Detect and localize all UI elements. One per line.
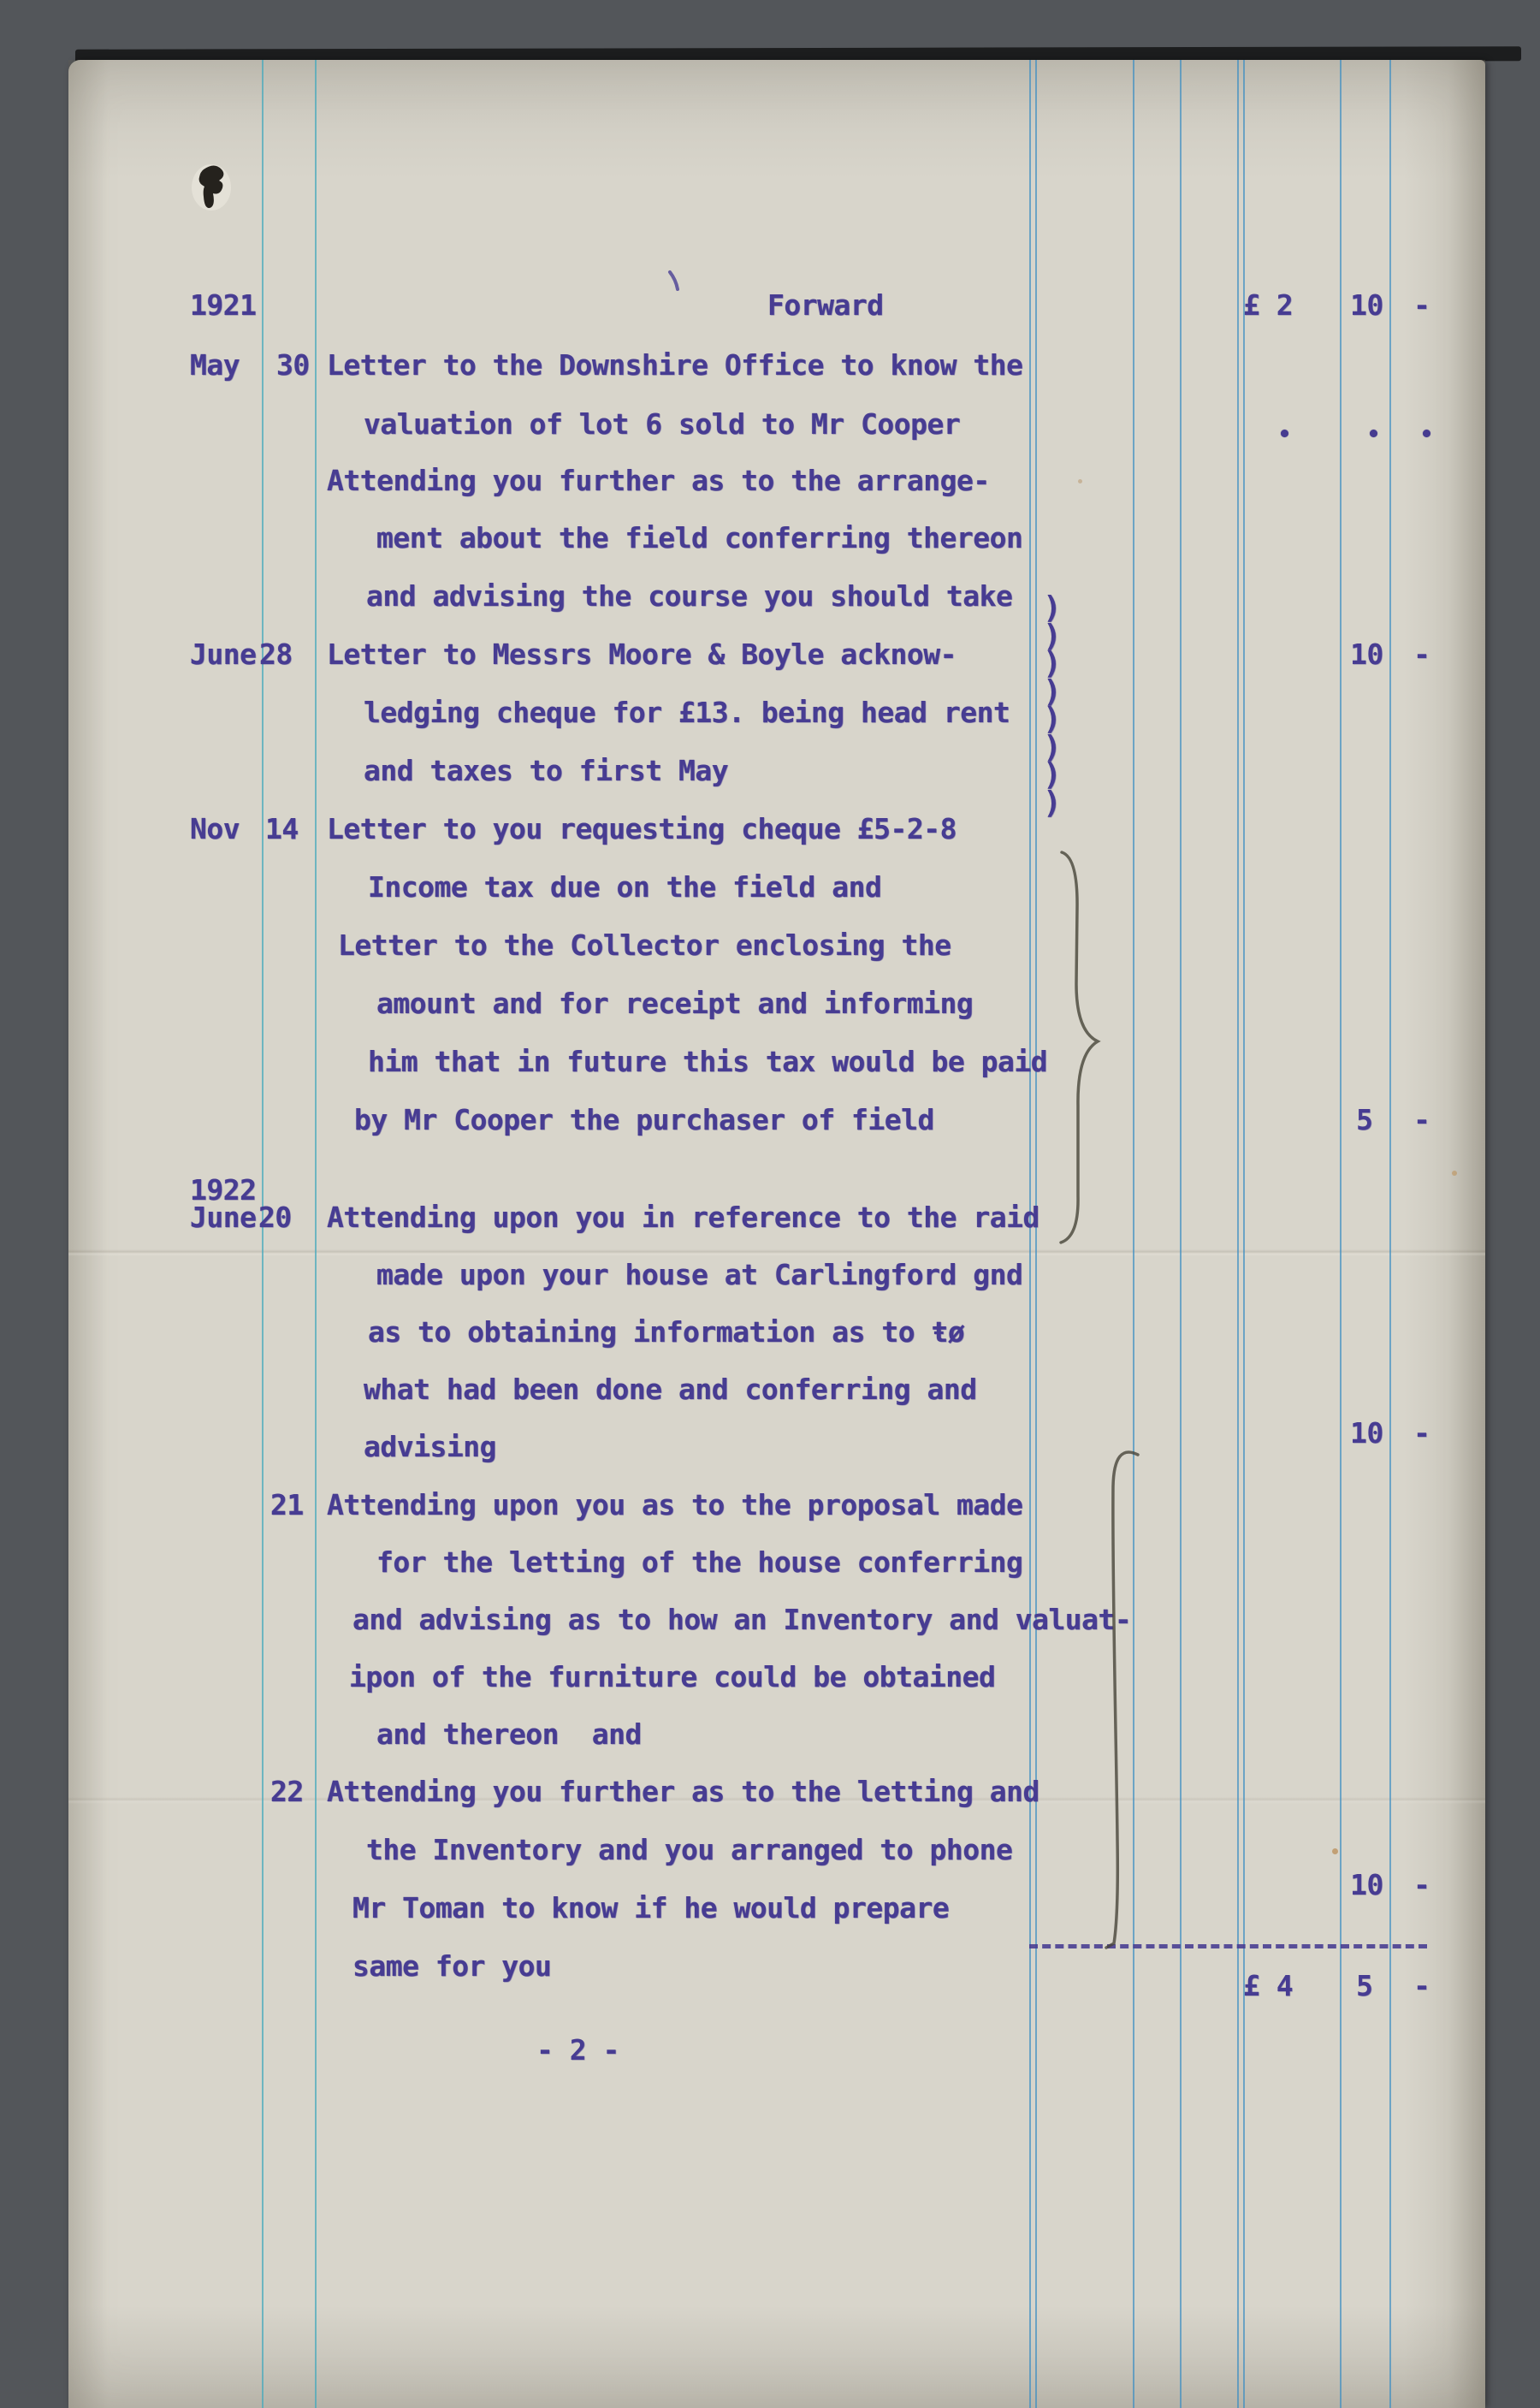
date-month: May: [190, 351, 240, 379]
entry-amounts-amount-shillings: 10: [1350, 640, 1383, 668]
entry-text: what had been done and conferring and: [364, 1375, 977, 1403]
entry-text: and advising the course you should take: [366, 582, 1012, 610]
foxing-spot: [1332, 1848, 1338, 1854]
typed-dashed-rule: [1029, 1944, 1427, 1948]
entry-text: ipon of the furniture could be obtained: [349, 1663, 995, 1691]
entry-text: made upon your house at Carlingford gnd: [376, 1260, 1022, 1289]
ruled-line: [1243, 60, 1245, 2408]
entry-text: for the letting of the house conferring: [376, 1548, 1022, 1576]
forward-label: Forward: [767, 291, 884, 319]
foxing-spot: [1452, 1171, 1457, 1176]
ruled-line: [1180, 60, 1182, 2408]
ledger-dot: [1423, 430, 1430, 437]
page-number: - 2 -: [536, 2033, 619, 2067]
date-month: June: [190, 640, 256, 668]
entry-text: Income tax due on the field and: [368, 873, 881, 901]
total-amounts-amount-shillings: 5: [1356, 1972, 1372, 2000]
entry-text: Attending you further as to the letting …: [327, 1777, 1039, 1806]
date-month: June: [190, 1203, 256, 1231]
date-day: 30: [276, 351, 310, 379]
forward-amounts-amount-pounds: £ 2: [1243, 291, 1293, 319]
entry-text: the Inventory and you arranged to phone: [366, 1836, 1012, 1864]
paper-shading: [68, 60, 1485, 180]
entry-text: and advising as to how an Inventory and …: [352, 1605, 1131, 1634]
forward-amounts-amount-pence: -: [1413, 291, 1430, 319]
paper-crease: [68, 1249, 1485, 1256]
paper-shading-left: [68, 60, 108, 2408]
typed-bracket: ): [1043, 788, 1062, 819]
entry-amounts-amount-pence: -: [1413, 640, 1430, 668]
entry-text: Letter to Messrs Moore & Boyle acknow-: [327, 640, 957, 668]
date-month: Nov: [190, 815, 240, 843]
date-day: 14: [265, 815, 299, 843]
entry-text: Attending upon you in reference to the r…: [327, 1203, 1039, 1231]
entry-amounts-amount-pence: -: [1413, 1106, 1430, 1134]
entry-text: advising: [364, 1432, 496, 1461]
foxing-spot: [1078, 479, 1082, 483]
ruled-line: [1029, 60, 1031, 2408]
entry-amounts-amount-shillings: 5: [1356, 1106, 1372, 1134]
scanned-page: 1921ForwardMay30Letter to the Downshire …: [0, 0, 1540, 2408]
entry-text: him that in future this tax would be pai…: [368, 1047, 1047, 1076]
entry-text: as to obtaining information as to ŧø: [368, 1318, 964, 1346]
date-day: 21: [270, 1491, 304, 1519]
entry-text: valuation of lot 6 sold to Mr Cooper: [364, 410, 960, 438]
date-day: 28: [259, 640, 293, 668]
entry-text: ment about the field conferring thereon: [376, 524, 1022, 552]
entry-text: and thereon and: [376, 1720, 642, 1748]
ruled-line: [262, 60, 264, 2408]
entry-text: Attending upon you as to the proposal ma…: [327, 1491, 1022, 1519]
entry-text: Letter to the Collector enclosing the: [338, 931, 951, 959]
entry-text: Letter to you requesting cheque £5-2-8: [327, 815, 957, 843]
entry-text: Mr Toman to know if he would prepare: [352, 1894, 949, 1922]
total-amounts-amount-pence: -: [1413, 1972, 1430, 2000]
year-label: 1921: [190, 291, 256, 319]
ledger-dot: [1281, 430, 1288, 437]
ruled-line: [1035, 60, 1037, 2408]
entry-amounts-amount-shillings: 10: [1350, 1419, 1383, 1447]
ledger-dot: [1370, 430, 1377, 437]
entry-text: and taxes to first May: [364, 756, 728, 785]
ruled-line: [315, 60, 317, 2408]
entry-text: Letter to the Downshire Office to know t…: [327, 351, 1022, 379]
ruled-line: [1237, 60, 1239, 2408]
entry-text: by Mr Cooper the purchaser of field: [354, 1106, 934, 1134]
entry-text: amount and for receipt and informing: [376, 989, 973, 1017]
entry-amounts-amount-pence: -: [1413, 1871, 1430, 1899]
ruled-line: [1340, 60, 1342, 2408]
date-day: 22: [270, 1777, 304, 1806]
paper-fold-right: [1404, 60, 1485, 2408]
total-amounts-amount-pounds: £ 4: [1243, 1972, 1293, 2000]
entry-text: same for you: [352, 1952, 551, 1980]
date-day: 20: [258, 1203, 292, 1231]
paper-shading-bottom: [68, 2305, 1485, 2408]
forward-amounts-amount-shillings: 10: [1350, 291, 1383, 319]
entry-amounts-amount-shillings: 10: [1350, 1871, 1383, 1899]
entry-amounts-amount-pence: -: [1413, 1419, 1430, 1447]
ruled-line: [1389, 60, 1391, 2408]
entry-text: Attending you further as to the arrange-: [327, 466, 990, 495]
ruled-line: [1133, 60, 1134, 2408]
entry-text: ledging cheque for £13. being head rent: [364, 698, 1010, 727]
